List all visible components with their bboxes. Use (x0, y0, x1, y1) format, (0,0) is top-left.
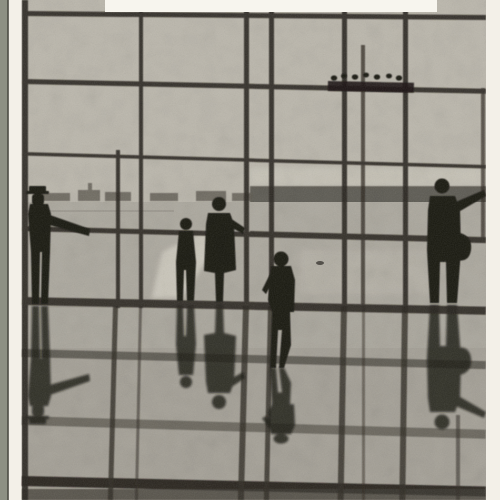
caption-text: REFLECTIONS (237, 0, 429, 3)
halftone-grain (22, 0, 486, 500)
caption-box: REFLECTIONS (105, 0, 437, 12)
photo-scene (0, 0, 500, 500)
scanned-newsprint-photo-page: REFLECTIONS (0, 0, 500, 500)
scan-edge-line (7, 0, 9, 500)
right-paper-margin (486, 0, 500, 500)
